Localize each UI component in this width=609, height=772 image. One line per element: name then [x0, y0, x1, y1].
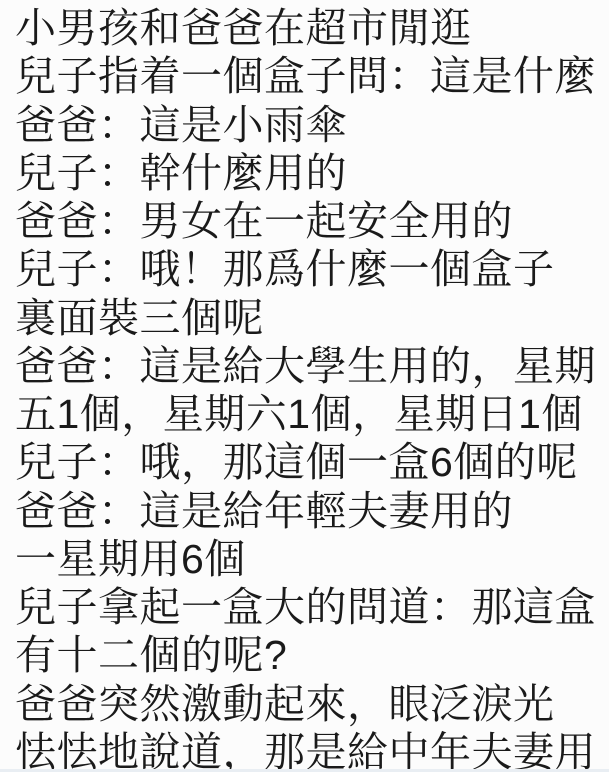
- text-line-8: 爸爸：這是給大學生用的，星期: [15, 342, 609, 390]
- text-line-2: 兒子指着一個盒子問：這是什麼: [15, 52, 609, 100]
- text-line-3: 爸爸：這是小雨傘: [15, 101, 609, 149]
- text-line-5: 爸爸：男女在一起安全用的: [15, 197, 609, 245]
- text-line-7: 裏面裝三個呢: [15, 294, 609, 342]
- text-image-page: 小男孩和爸爸在超市閒逛 兒子指着一個盒子問：這是什麼 爸爸：這是小雨傘 兒子：幹…: [0, 0, 609, 772]
- text-line-6: 兒子：哦！那爲什麼一個盒子: [15, 245, 609, 293]
- text-line-11: 爸爸：這是給年輕夫妻用的: [15, 487, 609, 535]
- text-line-9: 五1個，星期六1個，星期日1個: [15, 390, 609, 438]
- text-line-14: 有十二個的呢?: [15, 631, 609, 679]
- text-line-13: 兒子拿起一盒大的問道：那這盒: [15, 583, 609, 631]
- text-line-12: 一星期用6個: [15, 535, 609, 583]
- text-line-16-clipped: 怯怯地說道，那是給中年夫妻用: [15, 728, 609, 772]
- text-line-10: 兒子：哦，那這個一盒6個的呢: [15, 438, 609, 486]
- text-line-4: 兒子：幹什麼用的: [15, 149, 609, 197]
- joke-text-block: 小男孩和爸爸在超市閒逛 兒子指着一個盒子問：這是什麼 爸爸：這是小雨傘 兒子：幹…: [15, 4, 609, 772]
- text-line-1: 小男孩和爸爸在超市閒逛: [15, 4, 609, 52]
- text-line-15: 爸爸突然激動起來，眼泛淚光: [15, 680, 609, 728]
